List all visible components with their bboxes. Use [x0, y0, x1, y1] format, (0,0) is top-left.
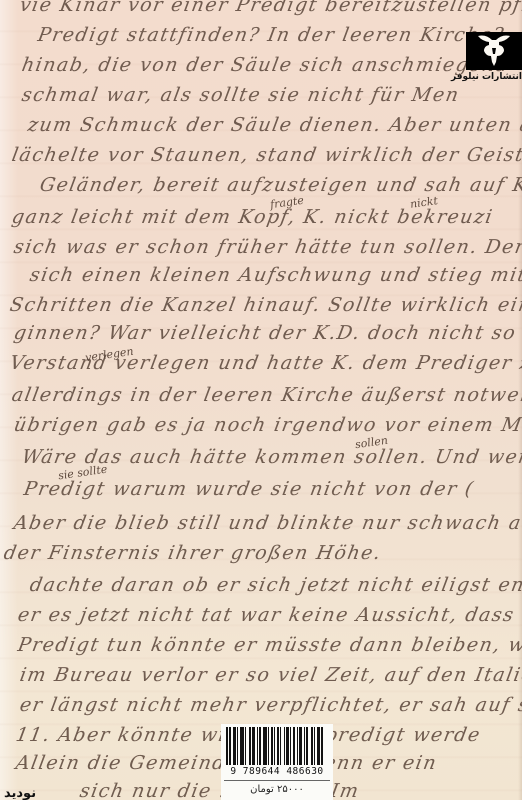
barcode-bars	[226, 727, 328, 765]
price-label: ۲۵۰۰۰ تومان	[221, 784, 333, 795]
manuscript-line: sich was er schon früher hätte tun solle…	[12, 236, 522, 258]
manuscript-line: Predigt stattfinden? In der leeren Kirch…	[36, 24, 522, 46]
manuscript-line: der Finsternis ihrer großen Höhe.	[2, 542, 522, 564]
manuscript-line: Schritten die Kanzel hinauf. Sollte wirk…	[8, 294, 522, 316]
manuscript-line: hinab, die von der Säule sich anschmiege…	[20, 54, 522, 76]
manuscript-line: lächelte vor Staunen, stand wirklich der…	[10, 144, 522, 166]
publisher-logo: انتشارات نیلوفر	[460, 32, 522, 98]
manuscript-line: Predigt tun könnte er müsste dann bleibe…	[16, 634, 522, 656]
barcode-divider	[224, 780, 330, 781]
manuscript-line: im Bureau verlor er so viel Zeit, auf de…	[18, 664, 522, 686]
manuscript-line: vie Kinar vor einer Predigt bereitzustel…	[18, 0, 522, 16]
publisher-name: انتشارات نیلوفر	[460, 72, 522, 82]
manuscript-line: ginnen? War vielleicht der K.D. doch nic…	[12, 322, 522, 344]
imprint-logo: نودید	[4, 782, 72, 798]
manuscript-line: er es jetzt nicht tat war keine Aussicht…	[16, 604, 522, 626]
manuscript-line: sich einen kleinen Aufschwung und stieg …	[28, 264, 522, 286]
manuscript-line: allerdings in der leeren Kirche äußerst …	[10, 384, 522, 406]
manuscript-line: Verstand verlegen und hatte K. dem Predi…	[8, 352, 522, 374]
manuscript-line: Predigt warum wurde sie nicht von der (	[22, 478, 522, 500]
manuscript-line: Geländer, bereit aufzusteigen und sah au…	[38, 174, 522, 196]
cover-edge-shadow	[518, 0, 522, 800]
manuscript-line: übrigen gab es ja noch irgendwo vor eine…	[12, 414, 522, 436]
manuscript-line: Aber die blieb still und blinkte nur sch…	[12, 512, 522, 534]
nilufar-flower-emblem-icon	[466, 32, 522, 70]
isbn-number: 9 789644 486630	[224, 766, 330, 777]
manuscript-background: vie Kinar vor einer Predigt bereitzustel…	[0, 0, 522, 800]
manuscript-line: er längst nicht mehr verpflichtet, er sa…	[18, 694, 522, 716]
manuscript-line: ganz leicht mit dem Kopf, K. nickt bekre…	[10, 206, 522, 228]
isbn-barcode: 9 789644 486630 ۲۵۰۰۰ تومان	[221, 724, 333, 800]
manuscript-line: zum Schmuck der Säule dienen. Aber unten…	[26, 114, 522, 136]
manuscript-line: schmal war, als sollte sie nicht für Men	[20, 84, 522, 106]
imprint-name: نودید	[4, 786, 36, 800]
manuscript-line: dachte daran ob er sich jetzt nicht eili…	[28, 574, 522, 596]
